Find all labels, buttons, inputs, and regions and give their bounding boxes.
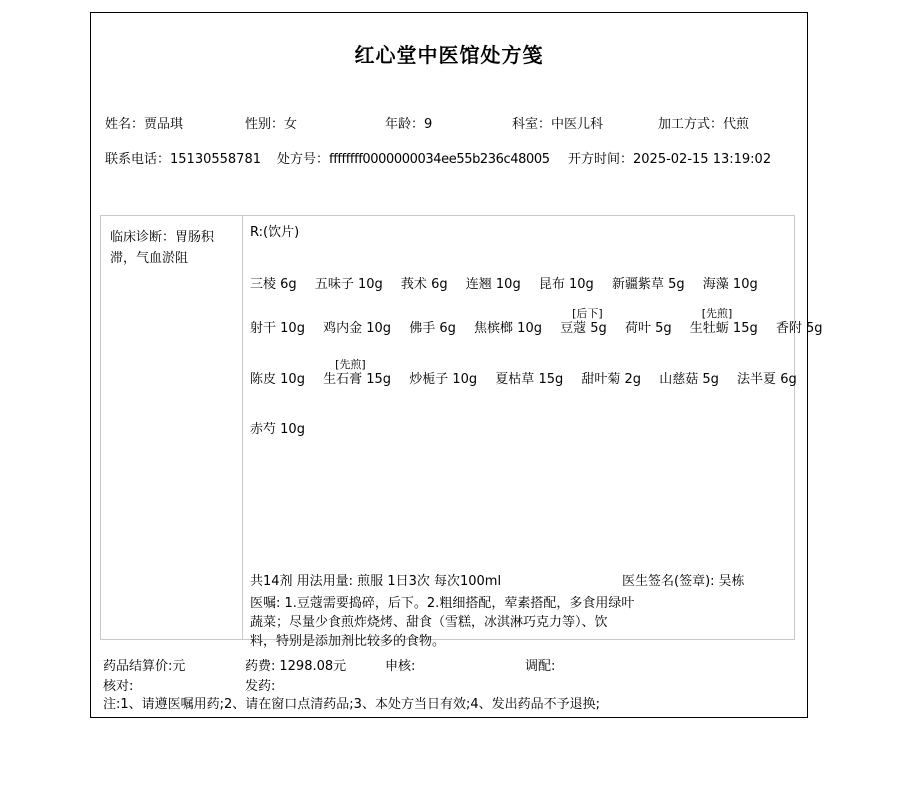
doctor-signature: 医生签名(签章):吴栋 <box>622 574 745 590</box>
herb-prep-note: [后下] <box>572 306 603 322</box>
field-rx-number: 处方号：ffffffff0000000034ee55b236c48005 <box>277 148 550 167</box>
herb-item: 赤芍 10g <box>250 422 305 438</box>
field-label: 申核: <box>385 659 415 674</box>
prescription-cell: R:(饮片) 三棱 6g 五味子 10g 莪术 6g 连翘 10g 昆布 10g… <box>244 216 794 639</box>
herb-name: 新疆紫草 <box>612 277 664 292</box>
field-label: 联系电话： <box>105 152 170 167</box>
herb-dose: 2g <box>625 372 642 387</box>
field-value: 代煎 <box>723 117 749 132</box>
herb-dose: 10g <box>366 321 391 336</box>
herb-item: 三棱 6g <box>250 277 297 293</box>
herb-dose: 6g <box>439 321 456 336</box>
field-label: 开方时间： <box>568 152 633 167</box>
herb-dose: 10g <box>358 277 383 292</box>
instruction-line: 蔬菜；尽量少食煎炸烧烤、甜食（雪糕，冰淇淋巧克力等）、饮 <box>250 613 720 632</box>
herb-dose: 5g <box>590 321 607 336</box>
herb-name: 焦槟榔 <box>474 321 513 336</box>
field-settlement-price: 药品结算价:元 <box>103 655 185 674</box>
herb-dose: 10g <box>733 277 758 292</box>
herb-dose: 10g <box>569 277 594 292</box>
herb-name: 赤芍 <box>250 422 276 437</box>
herb-dose: 15g <box>538 372 563 387</box>
herb-line: 赤芍 10g <box>250 422 319 438</box>
herb-name: 三棱 <box>250 277 276 292</box>
footer-notes: 注:1、请遵医嘱用药;2、请在窗口点清药品;3、本处方当日有效;4、发出药品不予… <box>103 693 600 712</box>
instruction-line: 医嘱: 1.豆蔻需要捣碎，后下。2.粗细搭配，荤素搭配，多食用绿叶 <box>250 594 720 613</box>
herb-name: 生牡蛎 <box>690 321 729 336</box>
herb-item: 香附 5g <box>776 321 823 337</box>
herb-dose: 10g <box>452 372 477 387</box>
herb-name: 生石膏 <box>323 372 362 387</box>
herb-line: 三棱 6g 五味子 10g 莪术 6g 连翘 10g 昆布 10g 新疆紫草 5… <box>250 277 772 293</box>
herb-name: 豆蔻 <box>560 321 586 336</box>
clinical-diagnosis: 临床诊断：胃肠积滞，气血淤阻 <box>110 227 220 269</box>
field-label: 发药: <box>245 679 275 694</box>
herb-line: 射干 10g 鸡内金 10g 佛手 6g 焦槟榔 10g [后下]豆蔻 5g 荷… <box>250 321 837 337</box>
herb-dose: 10g <box>517 321 542 336</box>
diagnosis-cell: 临床诊断：胃肠积滞，气血淤阻 <box>101 216 243 639</box>
herb-prep-note: [先煎] <box>702 306 733 322</box>
herb-item: 荷叶 5g <box>625 321 672 337</box>
herb-item: 陈皮 10g <box>250 372 305 388</box>
field-value: 女 <box>284 117 297 132</box>
field-age: 年龄：9 <box>385 113 432 132</box>
field-gender: 性别：女 <box>245 113 297 132</box>
herb-prep-note: [先煎] <box>335 357 366 373</box>
field-patient-name: 姓名：贾品琪 <box>105 113 183 132</box>
prescription-sheet: 红心堂中医馆处方笺 姓名：贾品琪 性别：女 年龄：9 科室：中医儿科 加工方式：… <box>90 12 808 718</box>
herb-item: [后下]豆蔻 5g <box>560 321 607 337</box>
herb-dose: 5g <box>655 321 672 336</box>
herb-item: 佛手 6g <box>409 321 456 337</box>
page-title: 红心堂中医馆处方笺 <box>91 39 807 68</box>
herb-item: 射干 10g <box>250 321 305 337</box>
instruction-line: 料，特别是添加剂比较多的食物。 <box>250 632 720 651</box>
herb-item: [先煎]生牡蛎 15g <box>690 321 758 337</box>
herb-name: 昆布 <box>539 277 565 292</box>
herb-item: 炒栀子 10g <box>409 372 477 388</box>
field-label: 加工方式： <box>658 117 723 132</box>
field-value: 15130558781 <box>170 152 261 167</box>
doctor-instructions: 医嘱: 1.豆蔻需要捣碎，后下。2.粗细搭配，荤素搭配，多食用绿叶 蔬菜；尽量少… <box>250 594 720 651</box>
field-value: 元 <box>172 659 185 674</box>
field-fee: 药费:1298.08元 <box>245 655 346 674</box>
herb-dose: 5g <box>806 321 823 336</box>
field-label: 处方号： <box>277 152 329 167</box>
prescription-box: 临床诊断：胃肠积滞，气血淤阻 R:(饮片) 三棱 6g 五味子 10g 莪术 6… <box>100 215 795 640</box>
herb-dose: 10g <box>496 277 521 292</box>
herb-name: 陈皮 <box>250 372 276 387</box>
herb-item: 连翘 10g <box>466 277 521 293</box>
herb-name: 法半夏 <box>737 372 776 387</box>
herb-dose: 5g <box>668 277 685 292</box>
field-dispense-prep: 调配: <box>525 655 559 674</box>
herb-dose: 10g <box>280 372 305 387</box>
field-value: 吴栋 <box>719 574 745 589</box>
field-label: 调配: <box>525 659 555 674</box>
usage-line: 共14剂 用法用量: 煎服 1日3次 每次100ml <box>250 574 501 590</box>
herb-item: 莪术 6g <box>401 277 448 293</box>
herb-name: 甜叶菊 <box>581 372 620 387</box>
field-value: 2025-02-15 13:19:02 <box>633 152 771 167</box>
herb-name: 夏枯草 <box>495 372 534 387</box>
field-phone: 联系电话：15130558781 <box>105 148 261 167</box>
field-label: 核对: <box>103 679 133 694</box>
herb-item: 焦槟榔 10g <box>474 321 542 337</box>
herb-name: 佛手 <box>409 321 435 336</box>
herb-item: 新疆紫草 5g <box>612 277 685 293</box>
field-label: 科室： <box>512 117 551 132</box>
herb-dose: 10g <box>280 422 305 437</box>
herb-dose: 15g <box>366 372 391 387</box>
herb-item: 山慈菇 5g <box>659 372 719 388</box>
herb-line: 陈皮 10g [先煎]生石膏 15g 炒栀子 10g 夏枯草 15g 甜叶菊 2… <box>250 372 811 388</box>
herb-name: 连翘 <box>466 277 492 292</box>
herb-name: 射干 <box>250 321 276 336</box>
field-check: 核对: <box>103 675 137 694</box>
herb-name: 山慈菇 <box>659 372 698 387</box>
field-label: 姓名： <box>105 117 144 132</box>
herb-dose: 10g <box>280 321 305 336</box>
herb-item: 海藻 10g <box>703 277 758 293</box>
herb-dose: 15g <box>733 321 758 336</box>
herb-dose: 6g <box>431 277 448 292</box>
field-value: 贾品琪 <box>144 117 183 132</box>
herb-name: 鸡内金 <box>323 321 362 336</box>
herb-item: 鸡内金 10g <box>323 321 391 337</box>
herb-item: [先煎]生石膏 15g <box>323 372 391 388</box>
field-department: 科室：中医儿科 <box>512 113 603 132</box>
field-value: 9 <box>424 117 432 132</box>
herb-name: 莪术 <box>401 277 427 292</box>
field-value: 中医儿科 <box>551 117 603 132</box>
herb-item: 五味子 10g <box>315 277 383 293</box>
herb-item: 法半夏 6g <box>737 372 797 388</box>
field-issue-time: 开方时间：2025-02-15 13:19:02 <box>568 148 771 167</box>
herb-item: 甜叶菊 2g <box>581 372 641 388</box>
field-label: 药品结算价: <box>103 659 172 674</box>
herb-name: 荷叶 <box>625 321 651 336</box>
herb-name: 炒栀子 <box>409 372 448 387</box>
field-value: ffffffff0000000034ee55b236c48005 <box>329 152 550 167</box>
herb-dose: 5g <box>702 372 719 387</box>
rx-header: R:(饮片) <box>250 225 299 241</box>
field-value: 1298.08元 <box>279 659 346 674</box>
field-label: 性别： <box>245 117 284 132</box>
herb-name: 五味子 <box>315 277 354 292</box>
herb-name: 海藻 <box>703 277 729 292</box>
field-processing: 加工方式：代煎 <box>658 113 749 132</box>
field-label: 医生签名(签章): <box>622 574 715 589</box>
herb-dose: 6g <box>780 372 797 387</box>
field-review: 申核: <box>385 655 419 674</box>
herb-item: 昆布 10g <box>539 277 594 293</box>
field-label: 药费: <box>245 659 275 674</box>
herb-name: 香附 <box>776 321 802 336</box>
herb-item: 夏枯草 15g <box>495 372 563 388</box>
herb-dose: 6g <box>280 277 297 292</box>
field-label: 年龄： <box>385 117 424 132</box>
field-dispense: 发药: <box>245 675 279 694</box>
